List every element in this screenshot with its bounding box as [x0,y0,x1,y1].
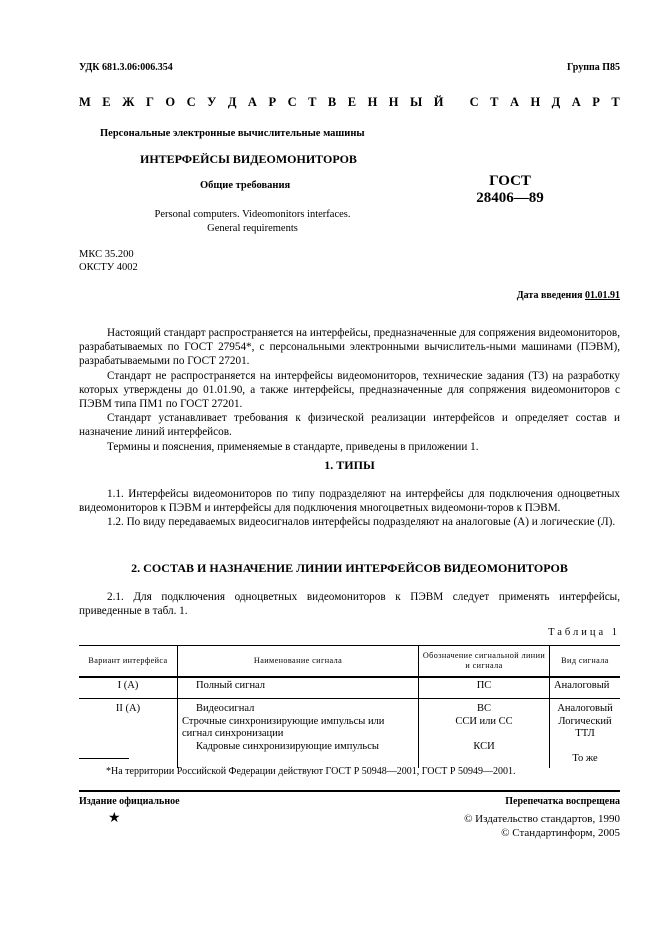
signal-type-cell: Аналоговый [550,677,621,699]
copyright-block: © Издательство стандартов, 1990 © Станда… [464,812,620,840]
signal-code-cell: ПС [419,677,550,699]
column-header: Вид сигнала [550,646,621,678]
table-caption: Таблица 1 [548,627,620,638]
signal-code: ССИ или СС [423,716,545,729]
section2-text: 2.1. Для подключения одноцветных видеомо… [79,590,620,618]
series-title: Персональные электронные вычислительные … [100,128,365,139]
copyright-line: © Стандартинформ, 2005 [464,826,620,840]
intro-text: Настоящий стандарт распространяется на и… [79,326,620,454]
banner-gap [455,95,458,110]
interstate-standard-banner: М Е Ж Г О С У Д А Р С Т В Е Н Н Ы Й С Т … [79,95,620,110]
banner-letter: Р [592,95,600,110]
group-code: Группа П85 [567,62,620,73]
gost-number: 28406—89 [460,190,560,207]
gost-label: ГОСТ [460,173,560,190]
paragraph: Стандарт не распространяется на интерфей… [79,369,620,412]
banner-letter: С [187,95,196,110]
variant-cell: I (А) [79,677,178,699]
table-header-row: Вариант интерфейса Наименование сигнала … [79,646,620,678]
banner-letter: Т [611,95,619,110]
footer-rule [79,790,620,792]
star-icon: ★ [108,810,121,827]
date-label: Дата введения [517,290,583,301]
english-title: Personal computers. Videomonitors interf… [140,208,365,236]
official-edition-label: Издание официальное [79,796,180,807]
okstu-code: ОКСТУ 4002 [79,261,138,274]
signal-name: Видеосигнал [182,703,414,716]
signal-code: КСИ [423,741,545,754]
mks-code: МКС 35.200 [79,248,138,261]
paragraph: Настоящий стандарт распространяется на и… [79,326,620,369]
banner-letter: Г [146,95,154,110]
signal-type-cell: Аналоговый Логический ТТЛ То же [550,699,621,768]
signal-type: То же [554,753,616,766]
paragraph: 2.1. Для подключения одноцветных видеомо… [79,590,620,618]
date-value: 01.01.91 [585,290,620,301]
signal-type: Аналоговый [554,703,616,716]
banner-letter: Ы [410,95,422,110]
section-heading: 2. СОСТАВ И НАЗНАЧЕНИЕ ЛИНИИ ИНТЕРФЕЙСОВ… [79,561,620,576]
paragraph: 1.2. По виду передаваемых видеосигналов … [79,515,620,529]
table-row: I (А) Полный сигнал ПС Аналоговый [79,677,620,699]
banner-letter: Н [530,95,540,110]
gost-designation: ГОСТ 28406—89 [460,173,560,207]
section1-text: 1.1. Интерфейсы видеомониторов по типу п… [79,487,620,530]
copyright-line: © Издательство стандартов, 1990 [464,812,620,826]
effective-date: Дата введения 01.01.91 [517,290,620,301]
banner-letter: А [248,95,257,110]
banner-letter: Ж [122,95,134,110]
banner-letter: Т [308,95,316,110]
banner-letter: С [470,95,479,110]
english-title-line: Personal computers. Videomonitors interf… [140,208,365,222]
signal-code: ВС [423,703,545,716]
paragraph: Стандарт устанавливает требования к физи… [79,411,620,439]
banner-letter: Е [102,95,110,110]
banner-letter: Й [434,95,444,110]
footnote-rule [79,758,129,759]
paragraph: 1.1. Интерфейсы видеомониторов по типу п… [79,487,620,515]
banner-letter: О [165,95,175,110]
banner-letter: С [288,95,297,110]
banner-letter: А [572,95,581,110]
signal-type: Логический ТТЛ [554,716,616,741]
column-header: Наименование сигнала [178,646,419,678]
signal-name-cell: Полный сигнал [178,677,419,699]
banner-letter: Н [389,95,399,110]
banner-letter: Т [490,95,498,110]
banner-letter: Н [368,95,378,110]
signal-name: Полный сигнал [182,680,414,693]
document-title: ИНТЕРФЕЙСЫ ВИДЕОМОНИТОРОВ [140,152,357,167]
banner-letter: М [79,95,91,110]
banner-letter: Д [552,95,561,110]
column-header: Вариант интерфейса [79,646,178,678]
section-heading: 1. ТИПЫ [79,458,620,473]
banner-letter: Д [228,95,237,110]
english-title-line: General requirements [140,222,365,236]
signal-code-cell: ВС ССИ или СС КСИ [419,699,550,768]
table-row: II (А) Видеосигнал Строчные синхронизиру… [79,699,620,768]
column-header: Обозначение сигнальной линии и сигнала [419,646,550,678]
banner-letter: У [207,95,216,110]
banner-letter: В [328,95,336,110]
banner-letter: Е [348,95,356,110]
signal-name: Строчные синхронизирующие импульсы или с… [182,716,414,741]
footnote: *На территории Российской Федерации дейс… [106,766,515,777]
udk-code: УДК 681.3.06:006.354 [79,62,173,73]
reprint-prohibited-label: Перепечатка воспрещена [505,796,620,807]
signal-name-cell: Видеосигнал Строчные синхронизирующие им… [178,699,419,768]
signals-table: Вариант интерфейса Наименование сигнала … [79,645,620,768]
banner-letter: А [510,95,519,110]
signal-name: Кадровые синхронизирующие импульсы [182,741,414,754]
classification-codes: МКС 35.200 ОКСТУ 4002 [79,248,138,274]
document-subtitle: Общие требования [200,180,290,191]
banner-letter: Р [268,95,276,110]
paragraph: Термины и пояснения, применяемые в станд… [79,440,620,454]
